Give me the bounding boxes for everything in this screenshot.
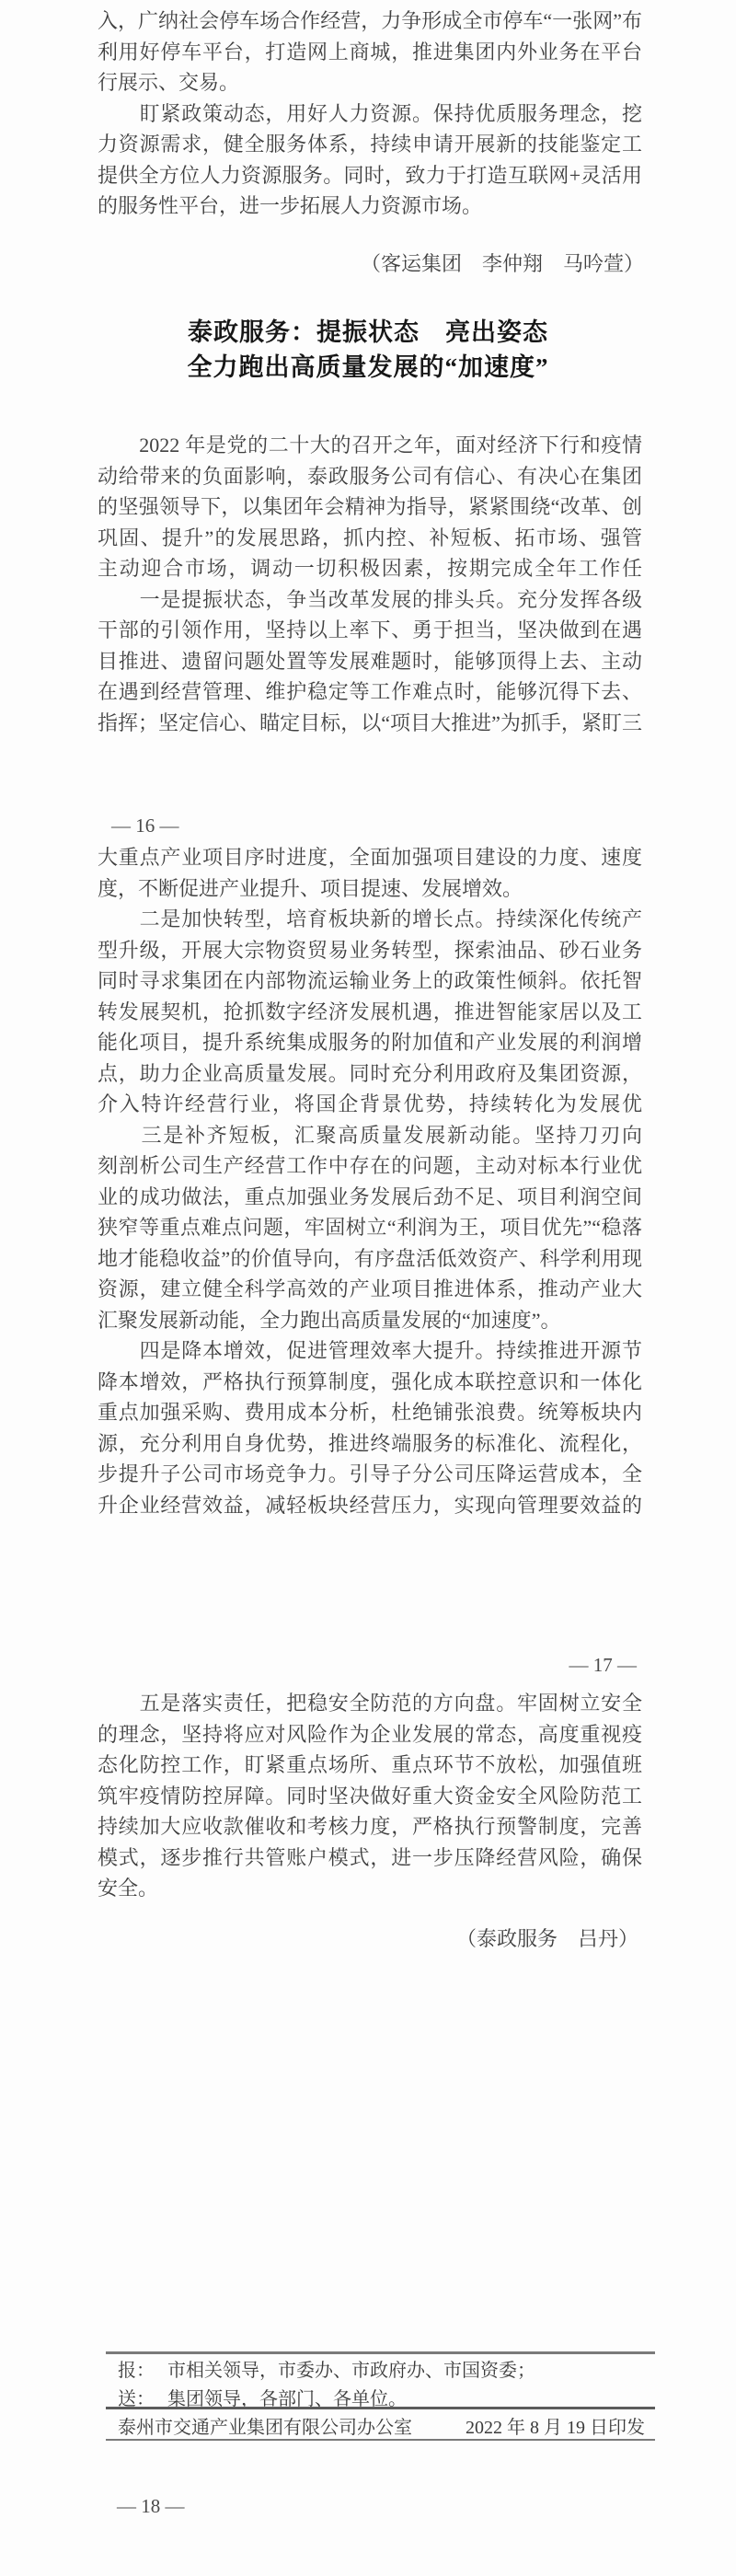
text-line: 提供全方位人力资源服务。同时，致力于打造互联网+灵活用工 (98, 160, 642, 191)
text-line: 五是落实责任，把稳安全防范的方向盘。牢固树立安全发展 (98, 1688, 642, 1719)
text-line: 升企业经营效益，减轻板块经营压力，实现向管理要效益的目标。 (98, 1490, 642, 1521)
text-line: 降本增效，严格执行预算制度，强化成本联控意识和一体化管理， (98, 1367, 642, 1398)
footer-issuer: 泰州市交通产业集团有限公司办公室 (118, 2416, 412, 2440)
article-body-block-a: 2022 年是党的二十大的召开之年，面对经济下行和疫情波动给带来的负面影响，泰政… (98, 430, 642, 738)
text-line: 筑牢疫情防控屏障。同时坚决做好重大资金安全风险防范工作， (98, 1781, 642, 1812)
text-line: 力资源需求，健全服务体系，持续申请开展新的技能鉴定工种， (98, 129, 642, 160)
footer-report-row: 报：市相关领导，市委办、市政府办、市国资委； (118, 2359, 535, 2383)
text-line: 入，广纳社会停车场合作经营，力争形成全市停车“一张网”布局。 (98, 6, 642, 37)
text-line: 同时寻求集团在内部物流运输业务上的政策性倾斜。依托智改数 (98, 965, 642, 997)
prev-article-tail: 入，广纳社会停车场合作经营，力争形成全市停车“一张网”布局。利用好停车平台，打造… (98, 6, 642, 222)
text-line: 指挥；坚定信心、瞄定目标，以“项目大推进”为抓手，紧盯三 (98, 708, 642, 739)
text-line: 动给带来的负面影响，泰政服务公司有信心、有决心在集团党委 (98, 461, 642, 492)
text-line: 主动迎合市场，调动一切积极因素，按期完成全年工作任务。 (98, 553, 642, 584)
article-title-line2: 全力跑出高质量发展的“加速度” (0, 350, 736, 385)
article-body-block-b: 大重点产业项目序时进度，全面加强项目建设的力度、速度和热度，不断促进产业提升、项… (98, 842, 642, 1520)
footer-report-text: 市相关领导，市委办、市政府办、市国资委； (167, 2361, 535, 2381)
text-line: 盯紧政策动态，用好人力资源。保持优质服务理念，挖掘人 (98, 98, 642, 130)
text-line: 的服务性平台，进一步拓展人力资源市场。 (98, 191, 642, 222)
text-line: 介入特许经营行业，将国企背景优势，持续转化为发展优势。 (98, 1089, 642, 1120)
text-line: 四是降本增效，促进管理效率大提升。持续推进开源节流、 (98, 1335, 642, 1367)
text-line: 安全。 (98, 1873, 642, 1904)
footer-print-date: 2022 年 8 月 19 日印发 (466, 2416, 645, 2440)
prev-article-byline: （客运集团 李仲翔 马吟萱） (361, 250, 644, 278)
article-body-block-c: 五是落实责任，把稳安全防范的方向盘。牢固树立安全发展的理念，坚持将应对风险作为企… (98, 1688, 642, 1904)
article-byline: （泰政服务 吕丹） (456, 1925, 638, 1953)
text-line: 巩固、提升”的发展思路，抓内控、补短板、拓市场、强管理， (98, 523, 642, 554)
text-line: 持续加大应收款催收和考核力度，严格执行预警制度，完善商业 (98, 1811, 642, 1842)
page-number-16: — 16 — (111, 814, 179, 837)
text-line: 模式，逐步推行共管账户模式，进一步压降经营风险，确保资金 (98, 1842, 642, 1874)
text-line: 业的成功做法，重点加强业务发展后劲不足、项目利润空间过于 (98, 1182, 642, 1213)
text-line: 态化防控工作，盯紧重点场所、重点环节不放松，加强值班值守， (98, 1750, 642, 1781)
text-line: 转发展契机，抢抓数字经济发展机遇，推进智能家居以及工业智 (98, 997, 642, 1028)
text-line: 的理念，坚持将应对风险作为企业发展的常态，高度重视疫情常 (98, 1719, 642, 1750)
footer-rule-top (106, 2351, 655, 2354)
footer-report-label: 报： (118, 2361, 155, 2381)
text-line: 点，助力企业高质量发展。同时充分利用政府及集团资源，主动 (98, 1058, 642, 1090)
text-line: 目推进、遗留问题处置等发展难题时，能够顶得上去、主动作为； (98, 646, 642, 677)
text-line: 行展示、交易。 (98, 67, 642, 98)
text-line: 步提升子公司市场竞争力。引导子分公司压降运营成本，全力提 (98, 1459, 642, 1490)
text-line: 重点加强采购、费用成本分析，杜绝铺张浪费。统筹板块内部资 (98, 1397, 642, 1428)
text-line: 地才能稳收益”的价值导向，有序盘活低效资产、科学利用现有 (98, 1243, 642, 1275)
page-number-17: — 17 — (569, 1653, 638, 1677)
text-line: 的坚强领导下，以集团年会精神为指导，紧紧围绕“改革、创新、 (98, 491, 642, 523)
text-line: 刻剖析公司生产经营工作中存在的问题，主动对标本行业优秀企 (98, 1150, 642, 1182)
article-title-line1: 泰政服务：提振状态 亮出姿态 (0, 315, 736, 350)
text-line: 大重点产业项目序时进度，全面加强项目建设的力度、速度和热 (98, 842, 642, 873)
page-number-18: — 18 — (117, 2494, 185, 2518)
text-line: 汇聚发展新动能，全力跑出高质量发展的“加速度”。 (98, 1305, 642, 1336)
text-line: 二是加快转型，培育板块新的增长点。持续深化传统产业转 (98, 904, 642, 935)
text-line: 资源，建立健全科学高效的产业项目推进体系，推动产业大发展， (98, 1274, 642, 1305)
footer-rule-bottom (106, 2439, 655, 2441)
text-line: 在遇到经营管理、维护稳定等工作难点时，能够沉得下去、靠前 (98, 676, 642, 708)
text-line: 源，充分利用自身优势，推进终端服务的标准化、流程化，进一 (98, 1428, 642, 1460)
text-line: 度，不断促进产业提升、项目提速、发展增效。 (98, 873, 642, 905)
text-line: 一是提振状态，争当改革发展的排头兵。充分发挥各级党员 (98, 584, 642, 616)
text-line: 狭窄等重点难点问题，牢固树立“利润为王，项目优先”“稳落 (98, 1212, 642, 1243)
text-line: 2022 年是党的二十大的召开之年，面对经济下行和疫情波 (98, 430, 642, 461)
text-line: 利用好停车平台，打造网上商城，推进集团内外业务在平台上进 (98, 37, 642, 68)
text-line: 能化项目，提升系统集成服务的附加值和产业发展的利润增长 (98, 1027, 642, 1058)
text-line: 三是补齐短板，汇聚高质量发展新动能。坚持刀刃向内，深 (98, 1120, 642, 1151)
document-page: 入，广纳社会停车场合作经营，力争形成全市停车“一张网”布局。利用好停车平台，打造… (0, 0, 736, 2576)
text-line: 干部的引领作用，坚持以上率下、勇于担当，坚决做到在遇到项 (98, 615, 642, 646)
footer-rule-middle (106, 2407, 655, 2409)
text-line: 型升级，开展大宗物资贸易业务转型，探索油品、砂石业务导入， (98, 935, 642, 966)
